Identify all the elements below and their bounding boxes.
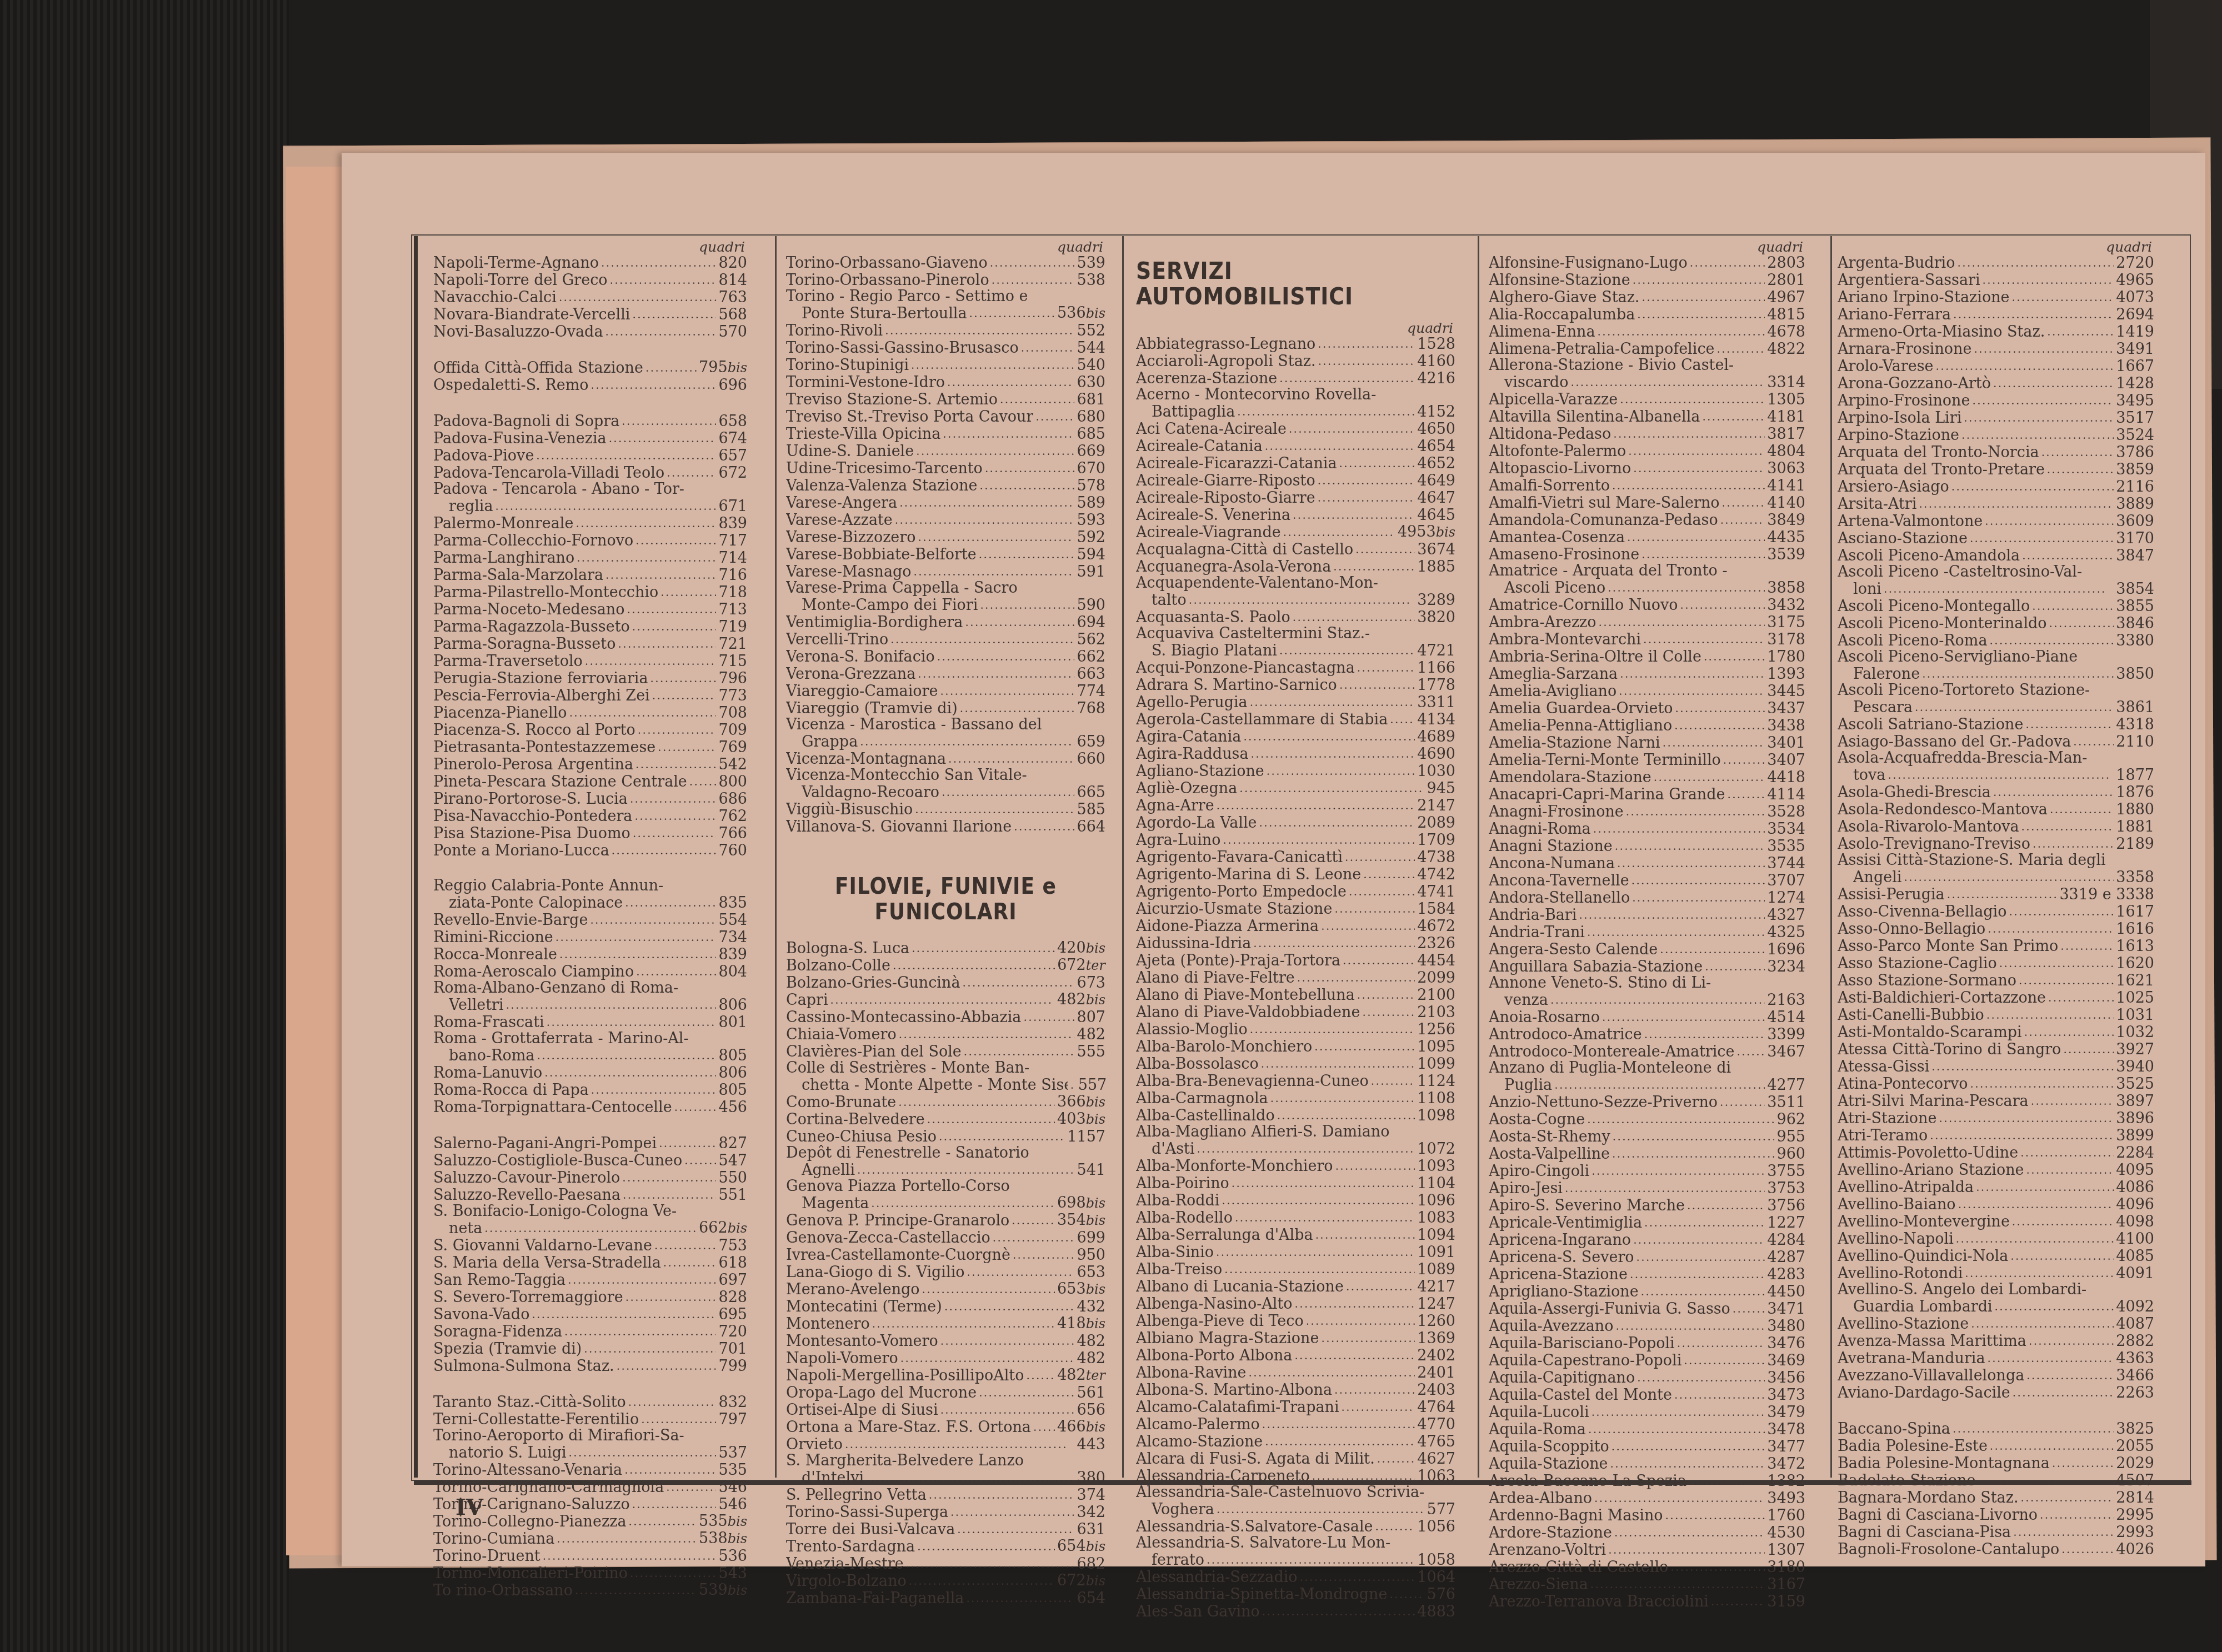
leader-dots xyxy=(1297,969,1415,986)
route-name: Ambra-Montevarchi xyxy=(1489,632,1641,648)
list-item: Puglia4277 xyxy=(1489,1076,1805,1093)
leader-dots xyxy=(1550,991,1765,1008)
table-number: 593 xyxy=(1077,512,1105,528)
table-number: 4283 xyxy=(1767,1266,1805,1283)
table-number: 1613 xyxy=(2116,938,2154,954)
list-item: Rimini-Riccione734 xyxy=(433,928,747,945)
route-name: Torino-Altessano-Venaria xyxy=(433,1462,622,1478)
table-number: 3380 xyxy=(2116,633,2154,649)
list-item: Amendolara-Stazione4418 xyxy=(1489,768,1805,785)
list-item-line: Alba-Magliano Alfieri-S. Damiano xyxy=(1136,1124,1455,1140)
list-item: Apiro-Jesi3753 xyxy=(1489,1179,1805,1197)
route-name: Alghero-Giave Staz. xyxy=(1489,289,1639,306)
table-number: 1124 xyxy=(1417,1073,1455,1089)
table-number: 4418 xyxy=(1767,769,1805,785)
leader-dots xyxy=(1722,494,1765,511)
table-number: 592 xyxy=(1077,529,1105,545)
list-item-line: S. Bonifacio-Lonigo-Cologna Ve- xyxy=(433,1203,747,1219)
leader-dots xyxy=(484,1219,697,1237)
list-item: Ascoli Piceno-Roma3380 xyxy=(1838,632,2154,649)
list-item: Aviano-Dardago-Sacile2263 xyxy=(1838,1384,2154,1401)
route-name: Venezia-Mestre xyxy=(786,1556,904,1572)
table-number: 2403 xyxy=(1417,1382,1455,1398)
table-number: 1032 xyxy=(2116,1024,2154,1040)
list-item: Alassio-Moglio1256 xyxy=(1136,1020,1455,1038)
list-item: ferrato1058 xyxy=(1136,1551,1455,1568)
list-item: Andria-Bari4327 xyxy=(1489,906,1805,923)
list-item: Atri-Silvi Marina-Pescara3897 xyxy=(1838,1092,2154,1109)
table-number: 715 xyxy=(718,653,747,669)
list-item: loni3854 xyxy=(1838,580,2154,597)
route-name: Parma-Pilastrello-Montecchio xyxy=(433,584,658,600)
list-item: Acquasanta-S. Paolo3820 xyxy=(1136,608,1455,625)
table-number: 3477 xyxy=(1767,1439,1805,1455)
table-number: 3889 xyxy=(2116,496,2154,512)
table-number: 796 xyxy=(718,670,747,687)
route-name: Soragna-Fidenza xyxy=(433,1324,562,1340)
table-number: 716 xyxy=(718,567,747,583)
list-item: Asola-Rivarolo-Mantova1881 xyxy=(1838,818,2154,835)
leader-dots xyxy=(1674,1386,1765,1403)
route-name: loni xyxy=(1853,581,1881,597)
leader-dots xyxy=(1904,868,2114,885)
list-item: Anzio-Nettuno-Sezze-Priverno3511 xyxy=(1489,1093,1805,1110)
list-item: Asso-Civenna-Bellagio1617 xyxy=(1838,903,2154,920)
table-number: 685 xyxy=(1077,426,1105,442)
leader-dots xyxy=(1988,1349,2114,1366)
table-number: 720 xyxy=(718,1324,747,1340)
table-number: 3437 xyxy=(1767,700,1805,717)
route-name: Pineta-Pescara Stazione Centrale xyxy=(433,774,687,790)
table-number: 760 xyxy=(718,843,747,859)
table-number: 4815 xyxy=(1767,307,1805,323)
table-number: 686 xyxy=(718,791,747,807)
column-rule xyxy=(1478,236,1479,1478)
route-name: Alfonsine-Stazione xyxy=(1489,272,1630,288)
table-number: 3480 xyxy=(1767,1318,1805,1334)
table-number: 3861 xyxy=(2116,699,2154,715)
route-name: talto xyxy=(1152,592,1187,608)
route-name: Anzio-Nettuno-Sezze-Priverno xyxy=(1489,1094,1718,1110)
table-number: 589 xyxy=(1077,495,1105,511)
leader-dots xyxy=(1627,528,1765,545)
list-item: Badolato-Stazione4507 xyxy=(1838,1471,2154,1489)
table-number: 807 xyxy=(1077,1009,1105,1025)
route-name: Atri-Teramo xyxy=(1838,1128,1928,1144)
leader-dots xyxy=(1705,958,1765,975)
leader-dots xyxy=(1947,885,2058,903)
table-number: 551 xyxy=(718,1187,747,1203)
table-number: 2720 xyxy=(2116,255,2154,271)
list-item: Virgolo-Bolzano672bis xyxy=(786,1572,1105,1589)
route-name: Abbiategrasso-Legnano xyxy=(1136,336,1315,352)
leader-dots xyxy=(1978,1471,2114,1489)
leader-dots xyxy=(1704,648,1765,665)
leader-dots xyxy=(917,1538,1055,1555)
leader-dots xyxy=(922,1280,1055,1298)
leader-dots xyxy=(1235,1209,1415,1226)
list-item: Albano di Lucania-Stazione4217 xyxy=(1136,1278,1455,1295)
leader-dots xyxy=(1390,710,1415,728)
route-name: Agra-Luino xyxy=(1136,832,1221,848)
route-name: Acireale-Catania xyxy=(1136,438,1263,454)
route-name: To rino-Orbassano xyxy=(433,1583,573,1599)
route-name: Arezzo-Città di Castello xyxy=(1489,1559,1668,1575)
table-number: 2995 xyxy=(2116,1507,2154,1523)
list-item-line: S. Margherita-Belvedere Lanzo xyxy=(786,1453,1105,1469)
route-name: Torino-Stupinigi xyxy=(786,357,909,373)
list-item: Asso Stazione-Caglio1620 xyxy=(1838,954,2154,972)
table-number: 814 xyxy=(718,272,747,288)
list-item: Parma-Ragazzola-Busseto719 xyxy=(433,618,747,635)
leader-dots xyxy=(2013,1523,2114,1540)
list-item: Apricena-Ingarano4284 xyxy=(1489,1231,1805,1248)
table-number: 538 xyxy=(1077,272,1105,288)
route-name: Montenero xyxy=(786,1316,870,1332)
leader-dots xyxy=(617,1357,717,1374)
list-item: Bagni di Casciana-Pisa2993 xyxy=(1838,1523,2154,1540)
table-number: 4095 xyxy=(2116,1162,2154,1178)
route-name: Albiano Magra-Stazione xyxy=(1136,1330,1319,1346)
table-number: 960 xyxy=(1776,1146,1805,1162)
list-item: Albenga-Nasino-Alto1247 xyxy=(1136,1295,1455,1312)
leader-dots xyxy=(1608,1541,1765,1558)
list-item: Badia Polesine-Este2055 xyxy=(1838,1437,2154,1454)
list-item: Sulmona-Sulmona Staz.799 xyxy=(433,1357,747,1374)
route-name: Como-Brunate xyxy=(786,1094,896,1110)
route-name: Aosta-St-Rhemy xyxy=(1489,1129,1610,1145)
route-name: Andria-Bari xyxy=(1489,907,1577,923)
table-number: 3175 xyxy=(1767,614,1805,630)
leader-dots xyxy=(2031,1092,2114,1109)
leader-dots xyxy=(1951,478,2114,495)
list-item: Monte-Campo dei Fiori590 xyxy=(786,596,1105,613)
route-name: Avellino-S. Angelo dei Lombardi- xyxy=(1838,1281,2086,1298)
route-name: Ortisei-Alpe di Siusi xyxy=(786,1402,938,1418)
list-item: Alpicella-Varazze1305 xyxy=(1489,391,1805,408)
route-name: Alba-Magliano Alfieri-S. Damiano xyxy=(1136,1124,1389,1140)
leader-dots xyxy=(899,494,1074,511)
leader-dots xyxy=(2021,818,2114,835)
list-item-line: Roma - Grottaferrata - Marino-Al- xyxy=(433,1030,747,1047)
leader-dots xyxy=(927,1110,1055,1128)
table-number: 540 xyxy=(1077,357,1105,373)
list-item: Venezia-Mestre682 xyxy=(786,1555,1105,1572)
route-name: Magenta xyxy=(802,1195,869,1212)
quadri-header: quadri xyxy=(433,241,747,254)
table-number: 4100 xyxy=(2116,1231,2154,1247)
list-item: Clavières-Pian del Sole555 xyxy=(786,1043,1105,1060)
list-item-line: Acquaviva Casteltermini Staz.- xyxy=(1136,625,1455,642)
table-number: 3511 xyxy=(1767,1094,1805,1110)
list-item: Oropa-Lago del Mucrone561 xyxy=(786,1384,1105,1401)
table-number: 3479 xyxy=(1767,1404,1805,1420)
list-item: Bologna-S. Luca420bis xyxy=(786,939,1105,957)
leader-dots xyxy=(2021,1489,2114,1506)
leader-dots xyxy=(667,464,716,481)
list-item: Ascoli Piceno-Amandola3847 xyxy=(1838,547,2154,564)
list-item: Ambra-Arezzo3175 xyxy=(1489,613,1805,630)
column-rule xyxy=(1830,236,1832,1478)
route-name: Villanova-S. Giovanni Ilarione xyxy=(786,819,1012,835)
list-item: Torre dei Busi-Valcava631 xyxy=(786,1520,1105,1538)
list-item: Udine-Tricesimo-Tarcento670 xyxy=(786,459,1105,477)
leader-dots xyxy=(1570,373,1765,391)
list-item: Acireale-S. Venerina4645 xyxy=(1136,506,1455,523)
table-number: 768 xyxy=(1077,700,1105,717)
route-name: Parma-Noceto-Medesano xyxy=(433,602,624,618)
leader-dots xyxy=(1262,1603,1415,1620)
list-item: Bagnara-Mordano Staz.2814 xyxy=(1838,1489,2154,1506)
route-name: Amatrice - Arquata del Tronto - xyxy=(1489,563,1728,579)
route-name: Bagnoli-Frosolone-Cantalupo xyxy=(1838,1541,2059,1558)
route-name: Badolato-Stazione xyxy=(1838,1473,1975,1489)
leader-dots xyxy=(915,800,1074,818)
route-name: Vicenza-Montecchio San Vitale- xyxy=(786,767,1027,783)
route-name: Amelia-Avigliano xyxy=(1489,683,1617,699)
list-item: Aci Catena-Acireale4650 xyxy=(1136,420,1455,437)
table-number: 4435 xyxy=(1767,529,1805,545)
route-name: Trieste-Villa Opicina xyxy=(786,426,940,442)
list-item: Apiro-Cingoli3755 xyxy=(1489,1162,1805,1179)
route-name: Ascoli Piceno-Tortoreto Stazione- xyxy=(1838,682,2090,698)
list-item: Orvieto443 xyxy=(786,1435,1105,1453)
list-item: Arsita-Atri3889 xyxy=(1838,495,2154,512)
leader-dots xyxy=(1375,1518,1415,1535)
table-number: 3469 xyxy=(1767,1353,1805,1369)
table-number: 806 xyxy=(718,997,747,1013)
leader-dots xyxy=(1259,814,1415,831)
leader-dots xyxy=(969,304,1055,322)
list-item: Altopascio-Livorno3063 xyxy=(1489,459,1805,477)
table-number: 1072 xyxy=(1417,1141,1455,1157)
table-number: 3846 xyxy=(2116,615,2154,632)
table-number: 1098 xyxy=(1417,1108,1455,1124)
list-item: Ivrea-Castellamonte-Cuorgnè950 xyxy=(786,1246,1105,1263)
leader-dots xyxy=(1035,408,1074,425)
list-item: Palermo-Monreale839 xyxy=(433,514,747,532)
table-number: 1369 xyxy=(1417,1330,1455,1346)
table-number: 2100 xyxy=(1417,987,1455,1003)
list-item: Chiaia-Vomero482 xyxy=(786,1025,1105,1043)
route-name: Falerone xyxy=(1853,666,1920,682)
route-name: Alano di Piave-Feltre xyxy=(1136,970,1295,986)
list-item: Asso-Parco Monte San Primo1613 xyxy=(1838,937,2154,954)
table-number: 374 xyxy=(1077,1487,1105,1503)
list-item: Alba-Rodello1083 xyxy=(1136,1209,1455,1226)
leader-dots xyxy=(1953,1420,2114,1437)
route-name: Alessandria-Sale-Castelnuovo Scrivia- xyxy=(1136,1484,1424,1500)
list-item: Aquila-Stazione3472 xyxy=(1489,1455,1805,1472)
leader-dots xyxy=(947,373,1074,391)
list-item: Como-Brunate366bis xyxy=(786,1093,1105,1110)
leader-dots xyxy=(584,1340,716,1357)
list-item: Agliano-Stazione1030 xyxy=(1136,762,1455,779)
leader-dots xyxy=(559,945,717,963)
table-number: 820 xyxy=(718,255,747,271)
table-number: 380 xyxy=(1077,1470,1105,1486)
route-name: Cuneo-Chiusa Pesio xyxy=(786,1129,937,1145)
table-number: 3528 xyxy=(1767,804,1805,820)
list-item: Ardea-Albano3493 xyxy=(1489,1489,1805,1506)
list-item: Aicurzio-Usmate Stazione1584 xyxy=(1136,900,1455,917)
table-number: 806 xyxy=(718,1065,747,1081)
list-item: Altidona-Pedaso3817 xyxy=(1489,425,1805,442)
list-item: S. Maria della Versa-Stradella618 xyxy=(433,1254,747,1271)
leader-dots xyxy=(911,356,1074,373)
leader-dots xyxy=(909,1572,1055,1589)
table-number: 4764 xyxy=(1417,1399,1455,1415)
table-number: 1064 xyxy=(1417,1569,1455,1585)
route-name: Alfonsine-Fusignano-Lugo xyxy=(1489,255,1688,271)
table-number: 708 xyxy=(718,705,747,721)
table-number: 665 xyxy=(1077,784,1105,800)
leader-dots xyxy=(1956,1230,2114,1247)
table-number: 618 xyxy=(718,1255,747,1271)
route-name: Avellino-Atripalda xyxy=(1838,1179,1974,1195)
leader-dots xyxy=(1993,374,2114,392)
table-number: 1760 xyxy=(1767,1508,1805,1524)
leader-dots xyxy=(1922,665,2114,682)
list-item: Varese-Bobbiate-Belforte594 xyxy=(786,545,1105,563)
list-item: S. Biagio Platani4721 xyxy=(1136,642,1455,659)
list-item: Ortona a Mare-Staz. F.S. Ortona466bis xyxy=(786,1418,1105,1435)
table-number: 4160 xyxy=(1417,353,1455,369)
route-name: Torre dei Busi-Valcava xyxy=(786,1521,955,1538)
route-name: Cassino-Montecassino-Abbazia xyxy=(786,1009,1021,1025)
list-item: Aquila-Avezzano3480 xyxy=(1489,1317,1805,1334)
list-item: Asola-Ghedi-Brescia1876 xyxy=(1838,783,2154,800)
route-name: Trento-Sardagna xyxy=(786,1539,915,1555)
route-name: Amalfi-Vietri sul Mare-Salerno xyxy=(1489,495,1720,511)
route-name: Perugia-Stazione ferroviaria xyxy=(433,670,648,687)
leader-dots xyxy=(1628,442,1765,459)
section-title-filovie: FILOVIE, FUNIVIE e FUNICOLARI xyxy=(786,874,1105,925)
route-name: Piacenza-Pianello xyxy=(433,705,567,721)
list-item: Alba-Monforte-Monchiero1093 xyxy=(1136,1157,1455,1174)
leader-dots xyxy=(960,699,1075,717)
leader-dots xyxy=(1333,558,1415,575)
list-item: Viareggio-Camaiore774 xyxy=(786,682,1105,699)
list-item: Acquanegra-Asola-Verona1885 xyxy=(1136,558,1455,575)
list-item: Alfonsine-Fusignano-Lugo2803 xyxy=(1489,254,1805,271)
table-number: 482 xyxy=(1077,1350,1105,1366)
list-item: Ardenno-Bagni Masino1760 xyxy=(1489,1506,1805,1524)
list-item: Antrodoco-Amatrice3399 xyxy=(1489,1025,1805,1043)
leader-dots xyxy=(2033,835,2114,852)
route-name: ferrato xyxy=(1152,1552,1204,1568)
list-item: Bagni di Casciana-Livorno2995 xyxy=(1838,1506,2154,1523)
route-name: Varese-Bobbiate-Belforte xyxy=(786,547,977,563)
leader-dots xyxy=(612,842,717,859)
list-item: Ascoli Piceno3858 xyxy=(1489,579,1805,596)
list-item: Alba-Sinio1091 xyxy=(1136,1243,1455,1260)
table-number: 3491 xyxy=(2116,341,2154,357)
list-item: San Remo-Taggia697 xyxy=(433,1271,747,1288)
table-number: 4086 xyxy=(2116,1179,2154,1195)
route-name: Viggiù-Bisuschio xyxy=(786,802,913,818)
leader-dots xyxy=(1592,1403,1765,1420)
list-item: Arquata del Tronto-Pretare3859 xyxy=(1838,460,2154,478)
route-name: Apiro-Cingoli xyxy=(1489,1163,1589,1179)
table-number: 4647 xyxy=(1417,490,1455,506)
list-item: Angera-Sesto Calende1696 xyxy=(1489,940,1805,958)
table-number: 653bis xyxy=(1057,1281,1105,1298)
table-number: 662bis xyxy=(699,1220,747,1237)
leader-dots xyxy=(990,254,1075,271)
list-item: Amaseno-Frosinone3539 xyxy=(1489,545,1805,563)
route-name: Roma-Lanuvio xyxy=(433,1065,542,1081)
route-name: Padova - Tencarola - Abano - Tor- xyxy=(433,481,684,497)
table-number: 734 xyxy=(718,929,747,945)
leader-dots xyxy=(1615,837,1765,854)
list-item: Varese-Masnago591 xyxy=(786,563,1105,580)
table-number: 466bis xyxy=(1057,1419,1105,1435)
list-item: Aosta-Valpelline960 xyxy=(1489,1145,1805,1162)
leader-dots xyxy=(1342,1398,1415,1415)
list-item: Atina-Pontecorvo3525 xyxy=(1838,1075,2154,1092)
list-item: Asti-Canelli-Bubbio1031 xyxy=(1838,1006,2154,1023)
list-item: Revello-Envie-Barge554 xyxy=(433,911,747,928)
table-number: 805 xyxy=(718,1082,747,1098)
route-name: Amalfi-Sorrento xyxy=(1489,478,1610,494)
table-number: 1099 xyxy=(1417,1056,1455,1072)
list-item: Avellino-Quindici-Nola4085 xyxy=(1838,1247,2154,1264)
leader-dots xyxy=(1023,1008,1074,1025)
list-item: Agello-Perugia3311 xyxy=(1136,693,1455,710)
leader-dots xyxy=(1971,1315,2114,1332)
list-item: Anagni Stazione3535 xyxy=(1489,837,1805,854)
route-name: Roma-Albano-Genzano di Roma- xyxy=(433,980,678,996)
leader-dots xyxy=(684,1152,716,1169)
leader-dots xyxy=(937,648,1075,665)
route-name: Avellino-Baiano xyxy=(1838,1197,1956,1213)
leader-dots xyxy=(1612,1438,1765,1455)
list-item: Pisa Stazione-Pisa Duomo766 xyxy=(433,824,747,842)
leader-dots xyxy=(568,1271,716,1288)
list-item: Udine-S. Daniele669 xyxy=(786,442,1105,459)
route-name: Ardenno-Bagni Masino xyxy=(1489,1508,1663,1524)
list-item: Saluzzo-Revello-Paesana551 xyxy=(433,1186,747,1203)
table-number: 4672 xyxy=(1417,918,1455,934)
route-name: Alba-Treiso xyxy=(1136,1261,1222,1278)
table-number: 4325 xyxy=(1767,924,1805,940)
table-number: 546 xyxy=(718,1496,747,1513)
table-number: 1616 xyxy=(2116,921,2154,937)
leader-dots xyxy=(1990,632,2114,649)
route-name: Bolzano-Gries-Guncinà xyxy=(786,975,960,991)
leader-dots xyxy=(623,1186,716,1203)
list-item: Ambra-Montevarchi3178 xyxy=(1489,630,1805,648)
route-name: Vercelli-Trino xyxy=(786,632,888,648)
list-item: Anguillara Sabazia-Stazione3234 xyxy=(1489,958,1805,975)
column-rule xyxy=(1122,236,1124,1478)
leader-dots xyxy=(1289,420,1415,437)
list-item: Ascoli Piceno-Monterinaldo3846 xyxy=(1838,614,2154,632)
table-number: 1083 xyxy=(1417,1210,1455,1226)
route-name: Agnelli xyxy=(802,1162,855,1178)
table-number: 4085 xyxy=(2116,1248,2154,1264)
list-item: Alcamo-Stazione4765 xyxy=(1136,1433,1455,1450)
list-item: Arezzo-Città di Castello3180 xyxy=(1489,1558,1805,1575)
list-item: Antrodoco-Montereale-Amatrice3467 xyxy=(1489,1043,1805,1060)
list-item: Novi-Basaluzzo-Ovada570 xyxy=(433,323,747,340)
leader-dots xyxy=(1733,1300,1765,1317)
route-name: natorio S. Luigi xyxy=(449,1445,567,1461)
list-item: Acerenza-Stazione4216 xyxy=(1136,369,1455,387)
route-name: Puglia xyxy=(1504,1077,1552,1093)
leader-dots xyxy=(506,996,717,1013)
